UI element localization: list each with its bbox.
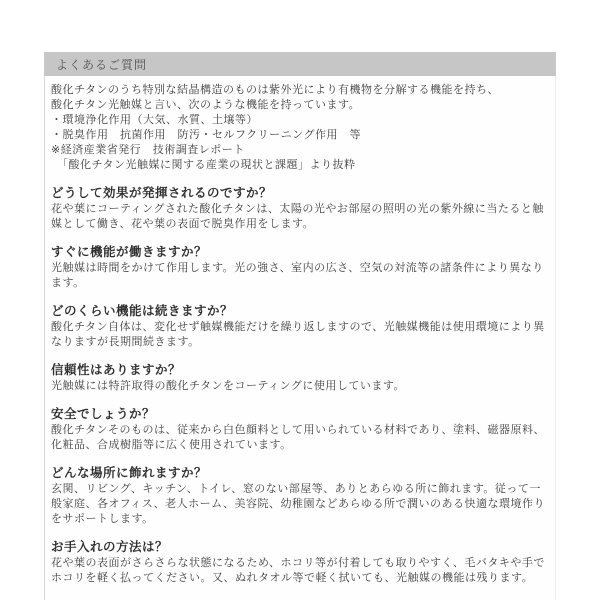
faq-answer: 光触媒には特許取得の酸化チタンをコーティングに使用しています。 xyxy=(51,379,547,394)
faq-answer: 花や葉にコーティングされた酸化チタンは、太陽の光やお部屋の照明の光の紫外線に当た… xyxy=(51,202,547,232)
faq-answer: 玄関、リビング、キッチン、トイレ、窓のない部屋等、ありとあらゆる所に飾れます。従… xyxy=(51,482,547,527)
faq-answer: 花や葉の表面がさらさらな状態になるため、ホコリ等が付着しても取りやすく、毛バタキ… xyxy=(51,556,547,586)
faq-question: 安全でしょうか？ xyxy=(51,406,547,422)
faq-question: どうして効果が発揮されるのですか？ xyxy=(51,185,547,201)
faq-question: どのくらい機能は続きますか？ xyxy=(51,303,547,319)
faq-item: すぐに機能が働きますか？ 光触媒は時間をかけて作用します。光の強さ、室内の広さ、… xyxy=(51,244,547,291)
faq-question: すぐに機能が働きますか？ xyxy=(51,244,547,260)
faq-answer: 酸化チタン自体は、変化せず触媒機能だけを繰り返しますので、光触媒機能は使用環境に… xyxy=(51,320,547,350)
faq-question: どんな場所に飾れますか？ xyxy=(51,465,547,481)
faq-answer: 酸化チタンそのものは、従来から白色顔料として用いられている材料であり、塗料、磁器… xyxy=(51,423,547,453)
faq-question: 信頼性はありますか？ xyxy=(51,362,547,378)
faq-item: どんな場所に飾れますか？ 玄関、リビング、キッチン、トイレ、窓のない部屋等、あり… xyxy=(51,465,547,527)
faq-item: どのくらい機能は続きますか？ 酸化チタン自体は、変化せず触媒機能だけを繰り返しま… xyxy=(51,303,547,350)
faq-header-bar: よくあるご質問 xyxy=(44,52,556,76)
faq-item: 安全でしょうか？ 酸化チタンそのものは、従来から白色顔料として用いられている材料… xyxy=(51,406,547,453)
faq-question: お手入れの方法は？ xyxy=(51,539,547,555)
faq-content: 酸化チタンのうち特別な結晶構造のものは紫外光により有機物を分解する機能を持ち、 … xyxy=(44,76,556,600)
faq-item: お手入れの方法は？ 花や葉の表面がさらさらな状態になるため、ホコリ等が付着しても… xyxy=(51,539,547,586)
faq-header-title: よくあるご質問 xyxy=(56,56,147,73)
faq-list: どうして効果が発揮されるのですか？ 花や葉にコーティングされた酸化チタンは、太陽… xyxy=(51,185,547,586)
faq-item: 信頼性はありますか？ 光触媒には特許取得の酸化チタンをコーティングに使用していま… xyxy=(51,362,547,394)
faq-panel: よくあるご質問 酸化チタンのうち特別な結晶構造のものは紫外光により有機物を分解す… xyxy=(44,52,556,600)
faq-answer: 光触媒は時間をかけて作用します。光の強さ、室内の広さ、空気の対流等の諸条件により… xyxy=(51,261,547,291)
faq-item: どうして効果が発揮されるのですか？ 花や葉にコーティングされた酸化チタンは、太陽… xyxy=(51,185,547,232)
faq-intro-text: 酸化チタンのうち特別な結晶構造のものは紫外光により有機物を分解する機能を持ち、 … xyxy=(51,83,547,173)
